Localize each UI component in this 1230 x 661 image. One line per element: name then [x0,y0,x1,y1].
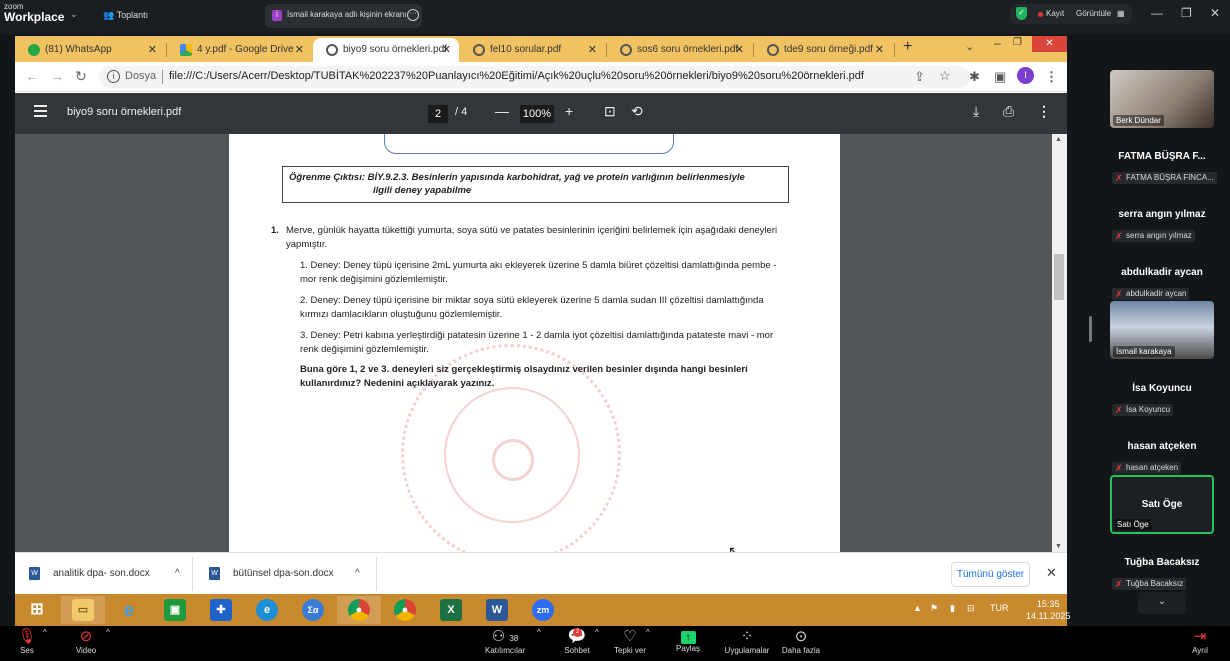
mic-muted-icon: ✗ [1115,462,1123,474]
globe-icon [326,44,338,56]
panel-resize-handle[interactable] [1089,316,1092,342]
chevron-up-icon[interactable]: ^ [175,553,180,595]
scrollbar-thumb[interactable] [1054,254,1064,300]
browser-window: (81) WhatsApp ✕ 4 y.pdf - Google Drive ✕… [15,36,1067,594]
extensions-puzzle-icon[interactable]: ✱ [969,69,980,85]
chevron-down-icon: ⌄ [1158,596,1166,607]
pdf-toolbar: biyo9 soru örnekleri.pdf 2 / 4 — 100% + … [15,93,1067,134]
video-button[interactable]: ⊘ Video [72,628,100,655]
chevron-up-icon[interactable]: ^ [355,553,360,595]
action-center-flag-icon[interactable]: ⚑ [930,603,938,614]
mic-muted-icon: ✗ [1115,404,1123,416]
more-ellipsis-icon: ⊙ [781,628,821,646]
pdf-page: Öğrenme Çıktısı: BİY.9.2.3. Besinlerin y… [229,134,840,552]
more-actions-icon[interactable]: ⋮ [1037,103,1051,120]
scroll-down-icon[interactable]: ▼ [1055,543,1062,550]
taskbar-zoom[interactable]: zm [521,596,565,624]
close-tab-icon[interactable]: ✕ [588,38,597,62]
tab-strip: (81) WhatsApp ✕ 4 y.pdf - Google Drive ✕… [15,36,1067,62]
close-tab-icon[interactable]: ✕ [295,38,304,62]
question-prompt: Buna göre 1, 2 ve 3. deneyleri siz gerçe… [300,363,795,391]
record-dot-icon [1038,12,1043,17]
download-item[interactable]: W bütünsel dpa-son.docx ^ [195,553,370,595]
view-button[interactable]: Görüntüle [1076,9,1111,18]
page-number-input[interactable]: 2 [428,105,448,123]
windows-logo-icon: ⊞ [26,599,48,621]
globe-icon [473,44,485,56]
word-doc-icon: W [209,567,220,580]
tab-sos6-pdf[interactable]: sos6 soru örnekleri.pdf ✕ [607,38,752,62]
tab-biyo9-pdf[interactable]: biyo9 soru örnekleri.pdf ✕ [313,38,459,62]
folder-icon: ▭ [72,599,94,621]
address-bar-row: ← → ↻ i Dosya file:///C:/Users/Acerr/Des… [15,62,1067,92]
reload-icon[interactable]: ↻ [75,68,87,85]
page-total: / 4 [455,106,467,118]
apps-icon: ⁘ [724,628,770,646]
apps-button[interactable]: ⁘ Uygulamalar [724,628,770,655]
close-window-button[interactable]: ✕ [1032,36,1067,52]
header-bracket [384,134,674,154]
edge-icon: e [256,599,278,621]
video-off-icon: ⊘ [72,628,100,646]
chat-caret-icon[interactable]: ^ [595,628,599,637]
pdf-title: biyo9 soru örnekleri.pdf [67,106,181,118]
experiment-3: 3. Deney: Petri kabına yerleştirdiği pat… [300,329,780,357]
globe-icon [767,44,779,56]
tab-search-chevron-icon[interactable]: ⌄ [965,40,974,53]
taskbar-internet-explorer[interactable]: e [107,596,151,624]
chrome-icon: ● [394,599,416,621]
restore-icon[interactable]: ❐ [1181,6,1192,20]
participant-label: ✗abdulkadir aycan [1112,288,1189,300]
mic-muted-icon: ✗ [1115,578,1123,590]
audio-options-caret-icon[interactable]: ^ [43,628,47,637]
more-options-icon[interactable]: ··· [407,9,419,21]
react-caret-icon[interactable]: ^ [646,628,650,637]
close-downloads-icon[interactable]: ✕ [1046,565,1057,581]
taskbar-word[interactable]: W [475,596,519,624]
side-panel-icon[interactable]: ▣ [994,69,1006,85]
store-icon: ▣ [164,599,186,621]
participant-label: ✗serra angın yılmaz [1112,230,1195,242]
share-screen-button[interactable]: ↑ Paylaş [675,628,701,653]
info-icon[interactable]: i [107,70,120,83]
participant-label: ✗FATMA BÜŞRA FİNCA... [1112,172,1217,184]
chat-unread-badge: 2 [573,628,582,637]
tab-google-drive[interactable]: 4 y.pdf - Google Drive ✕ [167,38,312,62]
profile-avatar[interactable]: I [1017,67,1034,84]
zoom-out-icon[interactable]: — [495,103,509,119]
close-tab-icon[interactable]: ✕ [148,38,157,62]
download-item[interactable]: W analitik dpa- son.docx ^ [15,553,190,595]
mic-muted-icon: ✗ [1115,288,1123,300]
taskbar-store[interactable]: ▣ [153,596,197,624]
view-layout-icon[interactable]: ▦ [1117,9,1125,18]
hamburger-menu-icon[interactable] [34,105,47,107]
download-icon[interactable]: ⤓ [973,103,979,120]
internet-explorer-icon: e [118,599,140,621]
video-options-caret-icon[interactable]: ^ [106,628,110,637]
bookmark-star-icon[interactable]: ☆ [939,68,951,84]
close-icon[interactable]: ✕ [1210,6,1220,20]
participants-button[interactable]: ⚇ 38 Katılımcılar [483,628,527,655]
close-tab-icon[interactable]: ✕ [875,38,884,62]
tab-whatsapp[interactable]: (81) WhatsApp ✕ [15,38,165,62]
participants-icon: ⚇ 38 [483,628,527,646]
question-intro: 1. Merve, günlük hayatta tükettiği yumur… [286,224,796,252]
tray-overflow-icon[interactable]: ▲ [913,603,922,613]
close-tab-icon[interactable]: ✕ [735,38,744,62]
taskbar-chrome-2[interactable]: ● [383,596,427,624]
shield-icon: ✚ [210,599,232,621]
participants-caret-icon[interactable]: ^ [537,628,541,637]
screen-share-tab[interactable]: İ İsmail karakaya adlı kişinin ekranı ··… [265,4,422,28]
video-tile[interactable]: Berk Dündar [1110,70,1214,128]
video-tile[interactable]: İsmail karakaya [1110,301,1214,359]
record-label[interactable]: Kayıt [1046,9,1064,18]
word-doc-icon: W [29,567,40,580]
recording-pill: ✓ Kayıt Görüntüle ▦ [1010,4,1132,24]
language-indicator[interactable]: TUR [990,603,1009,613]
more-button[interactable]: ⊙ Daha fazla [781,628,821,655]
taskbar-file-explorer[interactable]: ▭ [61,596,105,624]
tab-tde9-pdf[interactable]: tde9 soru örneği.pdf ✕ [754,38,892,62]
forward-arrow-icon[interactable]: → [50,68,64,84]
downloads-bar: W analitik dpa- son.docx ^ W bütünsel dp… [15,552,1067,594]
active-speaker-tile[interactable]: Satı Öge Satı Öge [1110,475,1214,534]
windows-taskbar: ⊞ ▭ e ▣ ✚ e Σα ● ● X W zm ▲ ⚑ ▮ ⊟ TUR 15… [15,594,1067,626]
globe-icon [620,44,632,56]
mouse-cursor-icon: ↖ [728,543,740,552]
zoom-meeting-controls: 🎙 Ses ^ ⊘ Video ^ ⚇ 38 Katılımcılar ^ 💬 … [0,626,1230,661]
math-sigma-icon: Σα [302,599,324,621]
participant-label: ✗İsa Koyuncu [1112,404,1173,416]
back-arrow-icon[interactable]: ← [25,68,39,84]
learning-outcome-box: Öğrenme Çıktısı: BİY.9.2.3. Besinlerin y… [282,166,789,203]
taskbar-excel[interactable]: X [429,596,473,624]
battery-icon[interactable]: ▮ [950,603,955,614]
leave-button[interactable]: ⇥ Ayrıl [1188,628,1212,655]
zoom-level-input[interactable]: 100% [520,105,554,123]
people-icon: 👥 [103,10,114,20]
start-button[interactable]: ⊞ [15,596,59,624]
system-clock[interactable]: 15:35 14.11.2025 [1026,598,1070,622]
url-text[interactable]: file:///C:/Users/Acerr/Desktop/TUBİTAK%2… [169,70,864,82]
show-all-downloads-button[interactable]: Tümünü göster [951,562,1030,587]
minimize-icon[interactable]: — [1151,6,1163,20]
taskbar-defender[interactable]: ✚ [199,596,243,624]
zoom-logo: zoom Workplace [4,3,64,23]
participant-label: ✗Tuğba Bacaksız [1112,578,1186,590]
zoom-top-bar: zoom Workplace ⌄ 👥 Toplantı İ İsmail kar… [0,0,1230,34]
whatsapp-icon [28,44,40,56]
address-bar[interactable]: i Dosya file:///C:/Users/Acerr/Desktop/T… [99,66,970,88]
print-icon[interactable]: ⎙ [1003,103,1014,120]
taskbar-math[interactable]: Σα [291,596,335,624]
excel-icon: X [440,599,462,621]
new-tab-plus-icon[interactable]: + [903,38,912,56]
google-drive-icon [180,44,192,56]
mic-muted-icon: 🎙 [14,628,40,646]
mic-muted-icon: ✗ [1115,172,1123,184]
leave-door-icon: ⇥ [1188,628,1212,646]
word-icon: W [486,599,508,621]
shield-check-icon[interactable]: ✓ [1016,7,1027,20]
taskbar-chrome[interactable]: ● [337,596,381,624]
network-icon[interactable]: ⊟ [967,603,975,614]
fit-page-icon[interactable]: ⊡ [604,103,616,120]
minimize-icon[interactable]: – [994,36,1001,50]
workplace-chevron-down-icon[interactable]: ⌄ [70,9,78,20]
zoom-app-icon: zm [532,599,554,621]
presenter-avatar: İ [272,10,282,21]
participant-label: ✗hasan atçeken [1112,462,1181,474]
react-button[interactable]: ♡ Tepki ver [612,628,648,655]
heart-icon: ♡ [612,628,648,646]
pdf-scrollbar[interactable]: ▲ ▼ [1052,134,1067,552]
close-tab-icon[interactable]: ✕ [442,38,451,62]
chat-button[interactable]: 💬 2 Sohbet [562,628,592,655]
zoom-in-icon[interactable]: + [565,103,573,119]
taskbar-edge[interactable]: e [245,596,289,624]
audio-button[interactable]: 🎙 Ses [14,628,40,655]
mic-muted-icon: ✗ [1115,230,1123,242]
scroll-participants-down-button[interactable]: ⌄ [1138,592,1186,614]
experiment-2: 2. Deney: Deney tüpü içerisine bir mikta… [300,294,790,322]
browser-menu-icon[interactable]: ⋮ [1045,69,1058,85]
experiment-1: 1. Deney: Deney tüpü içerisine 2mL yumur… [300,259,790,287]
scroll-up-icon[interactable]: ▲ [1055,136,1062,143]
restore-icon[interactable]: ❐ [1013,37,1022,48]
pdf-viewport[interactable]: Öğrenme Çıktısı: BİY.9.2.3. Besinlerin y… [15,134,1052,552]
meeting-menu[interactable]: 👥 Toplantı [103,10,148,21]
share-icon[interactable]: ⇪ [914,69,925,85]
tab-fel10-pdf[interactable]: fel10 sorular.pdf ✕ [460,38,605,62]
chrome-icon: ● [348,599,370,621]
rotate-icon[interactable]: ⟲ [631,103,643,120]
share-arrow-icon: ↑ [681,631,696,644]
